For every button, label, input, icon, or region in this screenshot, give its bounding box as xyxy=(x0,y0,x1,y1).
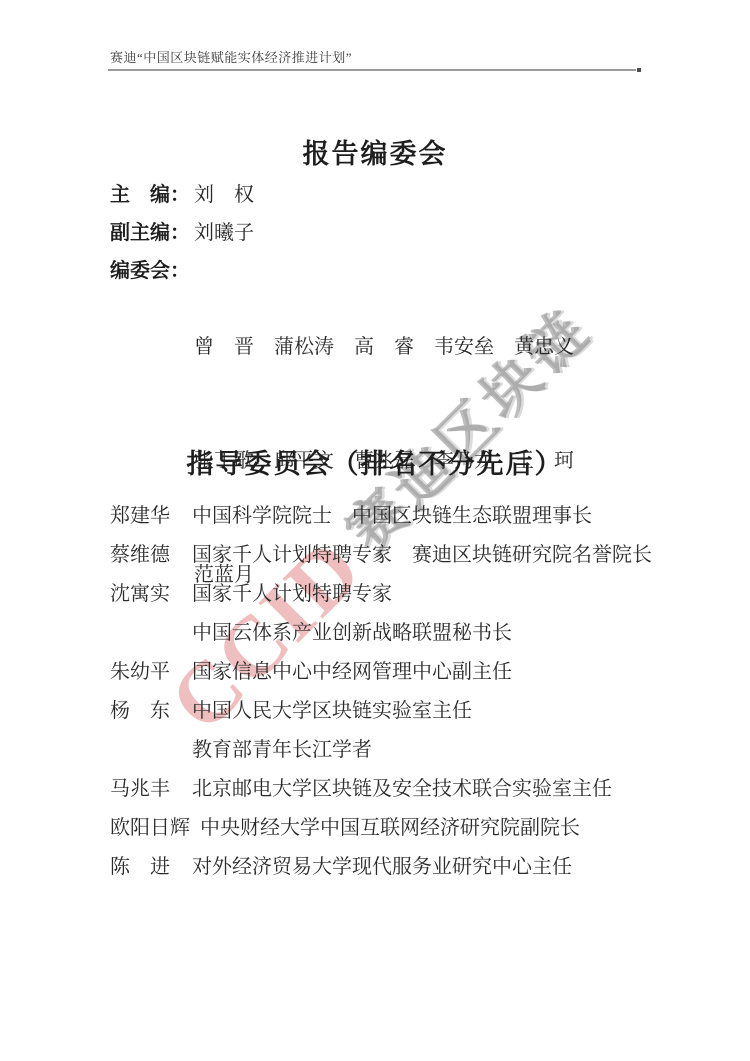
committee-member-row: 马兆丰 北京邮电大学区块链及安全技术联合实验室主任 xyxy=(110,770,652,809)
member-name: 陈 进 xyxy=(110,848,182,887)
committee-label: 编委会： xyxy=(110,252,194,290)
committee-names-line: 曾 晋 蒲松涛 高 睿 韦安垒 黄忠义 xyxy=(194,328,574,366)
member-name: 郑建华 xyxy=(110,497,182,536)
member-role: 中央财经大学中国互联网经济研究院副院长 xyxy=(200,809,580,848)
committee-member-row: 蔡维德 国家千人计划特聘专家 赛迪区块链研究院名誉院长 xyxy=(110,536,652,575)
member-name: 欧阳日辉 xyxy=(110,809,190,848)
committee-member-row: 欧阳日辉 中央财经大学中国互联网经济研究院副院长 xyxy=(110,809,652,848)
committee-member-row: 朱幼平 国家信息中心中经网管理中心副主任 xyxy=(110,653,652,692)
member-role: 国家千人计划特聘专家 xyxy=(192,575,392,614)
committee-member-continuation-row: 中国云体系产业创新战略联盟秘书长 xyxy=(110,614,652,653)
committee-member-row: 杨 东 中国人民大学区块链实验室主任 xyxy=(110,692,652,731)
committee-member-row: 沈寓实 国家千人计划特聘专家 xyxy=(110,575,652,614)
chief-editor-row: 主 编： 刘 权 xyxy=(110,176,574,214)
deputy-editor-name: 刘曦子 xyxy=(194,214,254,252)
member-role: 北京邮电大学区块链及安全技术联合实验室主任 xyxy=(192,770,612,809)
member-role: 教育部青年长江学者 xyxy=(192,731,372,770)
member-name: 沈寓实 xyxy=(110,575,182,614)
committee-member-row: 陈 进 对外经济贸易大学现代服务业研究中心主任 xyxy=(110,848,652,887)
chief-editor-label: 主 编： xyxy=(110,176,194,214)
member-role: 中国云体系产业创新战略联盟秘书长 xyxy=(192,614,512,653)
guidance-committee-title: 指导委员会（排名不分先后） xyxy=(0,442,750,481)
member-role: 中国人民大学区块链实验室主任 xyxy=(192,692,472,731)
member-role: 国家千人计划特聘专家 赛迪区块链研究院名誉院长 xyxy=(192,536,652,575)
header-rule-end-dot xyxy=(637,68,641,72)
committee-member-continuation-row: 教育部青年长江学者 xyxy=(110,731,652,770)
committee-member-row: 郑建华 中国科学院院士 中国区块链生态联盟理事长 xyxy=(110,497,652,536)
member-name: 蔡维德 xyxy=(110,536,182,575)
member-name: 杨 东 xyxy=(110,692,182,731)
document-page: CCID 赛迪区块链 赛迪“中国区块链赋能实体经济推进计划” 报告编委会 主 编… xyxy=(0,0,750,1061)
deputy-editor-row: 副主编： 刘曦子 xyxy=(110,214,574,252)
member-role: 国家信息中心中经网管理中心副主任 xyxy=(192,653,512,692)
page-header-text: 赛迪“中国区块链赋能实体经济推进计划” xyxy=(110,47,352,66)
member-name: 马兆丰 xyxy=(110,770,182,809)
deputy-editor-label: 副主编： xyxy=(110,214,194,252)
chief-editor-name: 刘 权 xyxy=(194,176,254,214)
guidance-committee-list: 郑建华 中国科学院院士 中国区块链生态联盟理事长 蔡维德 国家千人计划特聘专家 … xyxy=(110,497,652,887)
header-rule xyxy=(108,69,636,71)
member-name: 朱幼平 xyxy=(110,653,182,692)
member-role: 对外经济贸易大学现代服务业研究中心主任 xyxy=(192,848,572,887)
editorial-board-title: 报告编委会 xyxy=(0,132,750,171)
member-role: 中国科学院院士 中国区块链生态联盟理事长 xyxy=(192,497,592,536)
